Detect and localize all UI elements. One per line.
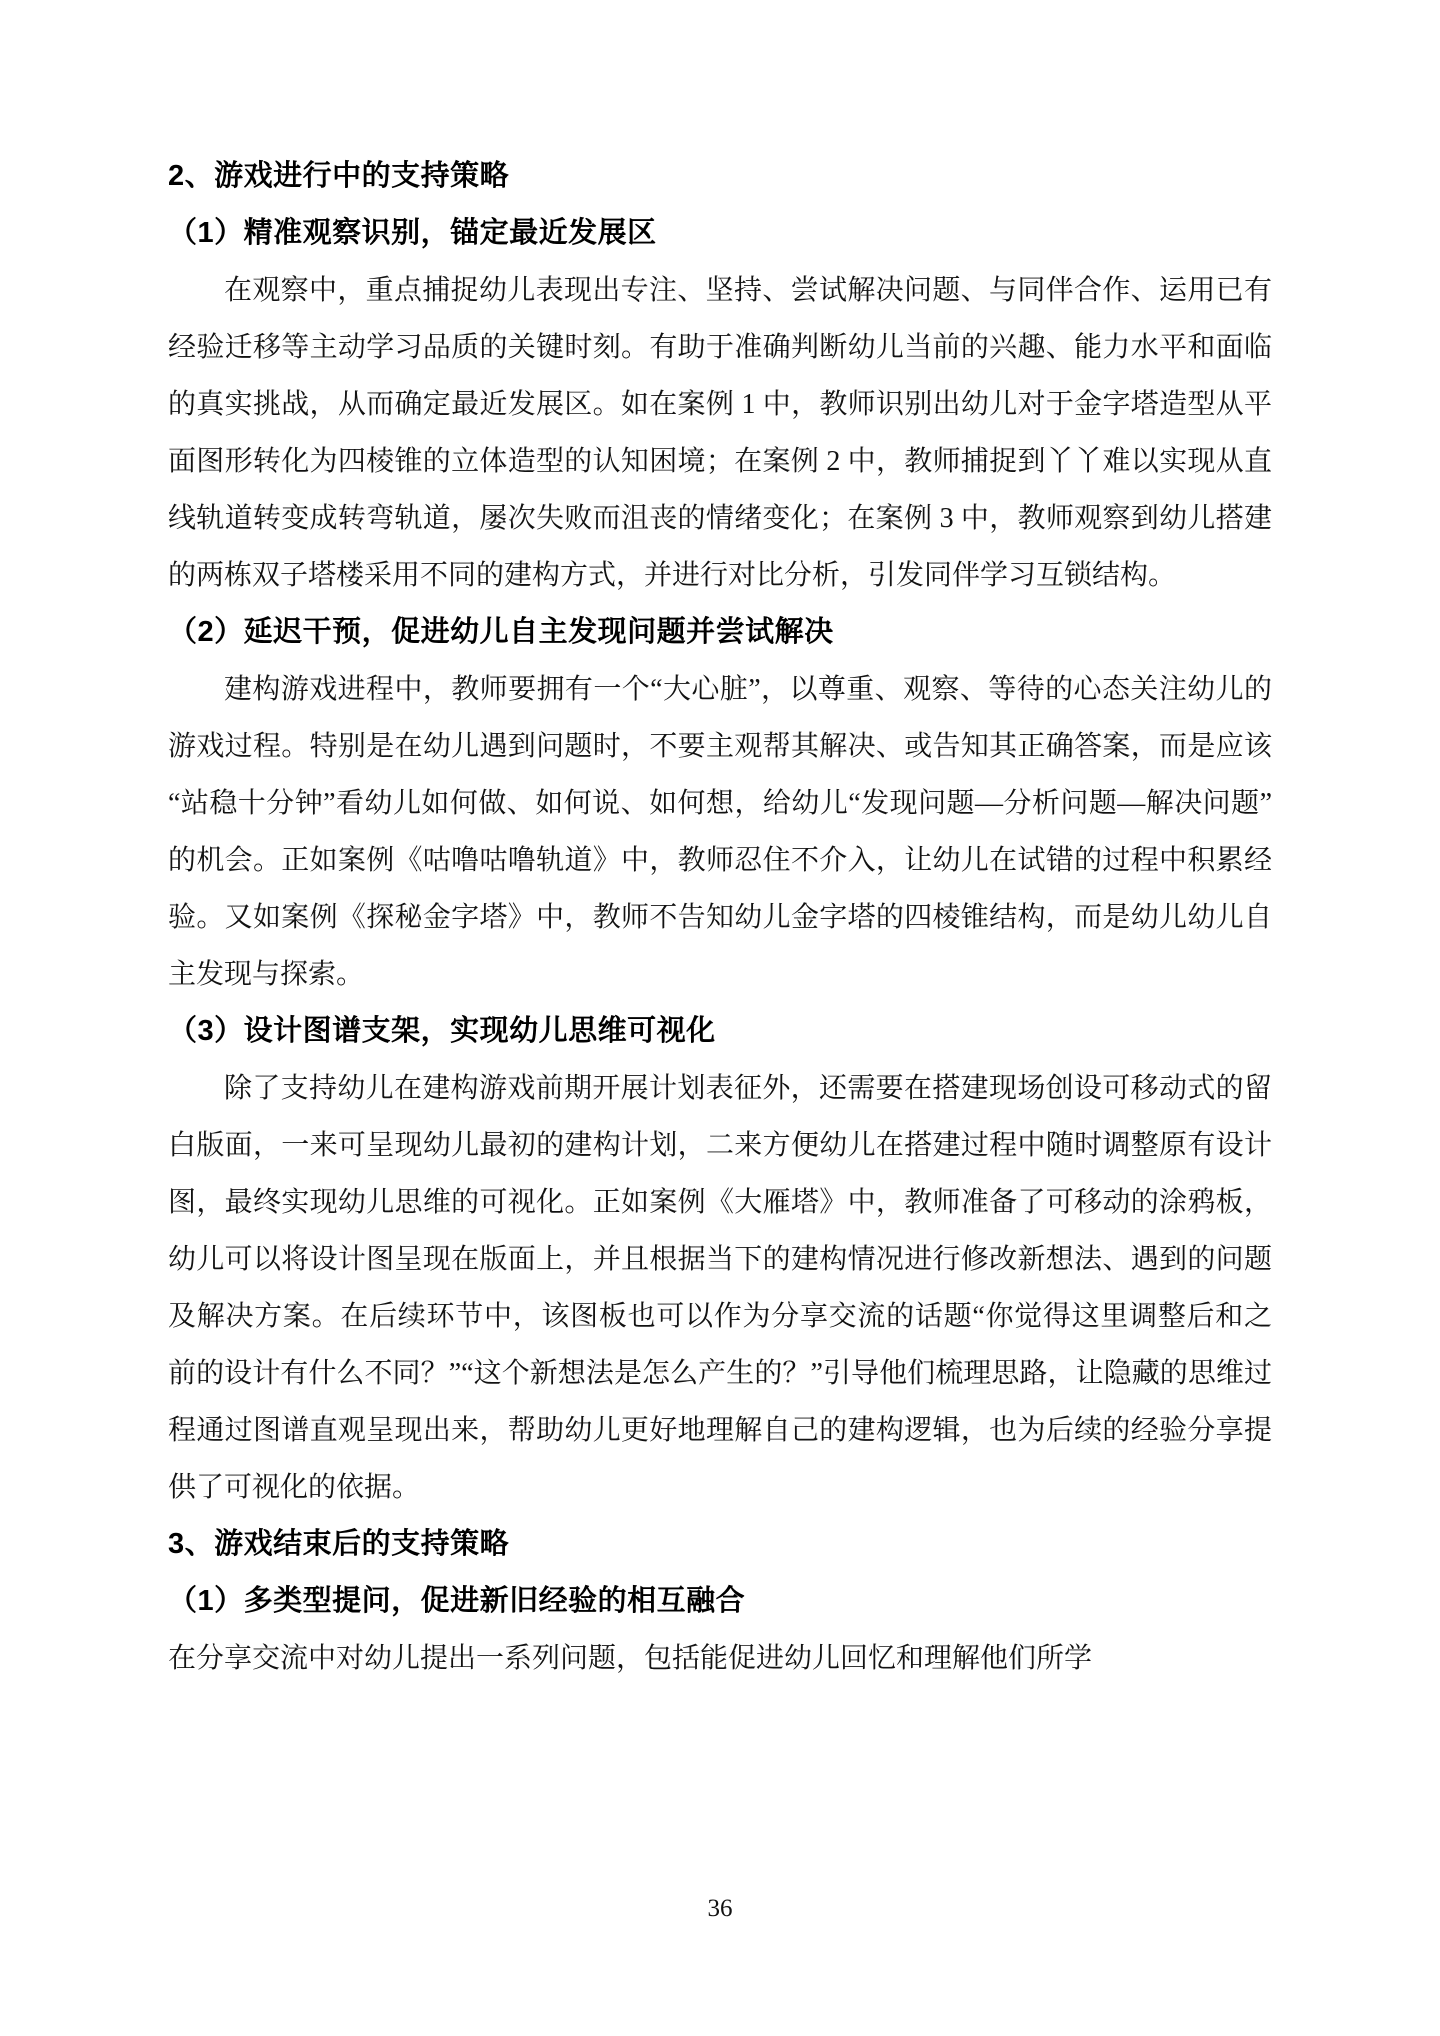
paragraph: 建构游戏进程中，教师要拥有一个“大心脏”，以尊重、观察、等待的心态关注幼儿的游戏… <box>168 661 1272 1003</box>
page-number: 36 <box>0 1895 1440 1923</box>
paragraph: 在观察中，重点捕捉幼儿表现出专注、坚持、尝试解决问题、与同伴合作、运用已有经验迁… <box>168 262 1272 604</box>
section-heading: （2）延迟干预，促进幼儿自主发现问题并尝试解决 <box>168 604 1272 661</box>
section-heading: （1）多类型提问，促进新旧经验的相互融合 <box>168 1573 1272 1630</box>
paragraph: 在分享交流中对幼儿提出一系列问题，包括能促进幼儿回忆和理解他们所学 <box>168 1630 1272 1687</box>
section-heading: （1）精准观察识别，锚定最近发展区 <box>168 205 1272 262</box>
document-body: 2、游戏进行中的支持策略（1）精准观察识别，锚定最近发展区在观察中，重点捕捉幼儿… <box>168 148 1272 1687</box>
section-heading: 3、游戏结束后的支持策略 <box>168 1516 1272 1573</box>
section-heading: （3）设计图谱支架，实现幼儿思维可视化 <box>168 1003 1272 1060</box>
paragraph: 除了支持幼儿在建构游戏前期开展计划表征外，还需要在搭建现场创设可移动式的留白版面… <box>168 1060 1272 1516</box>
document-page: 2、游戏进行中的支持策略（1）精准观察识别，锚定最近发展区在观察中，重点捕捉幼儿… <box>0 0 1440 2036</box>
section-heading: 2、游戏进行中的支持策略 <box>168 148 1272 205</box>
